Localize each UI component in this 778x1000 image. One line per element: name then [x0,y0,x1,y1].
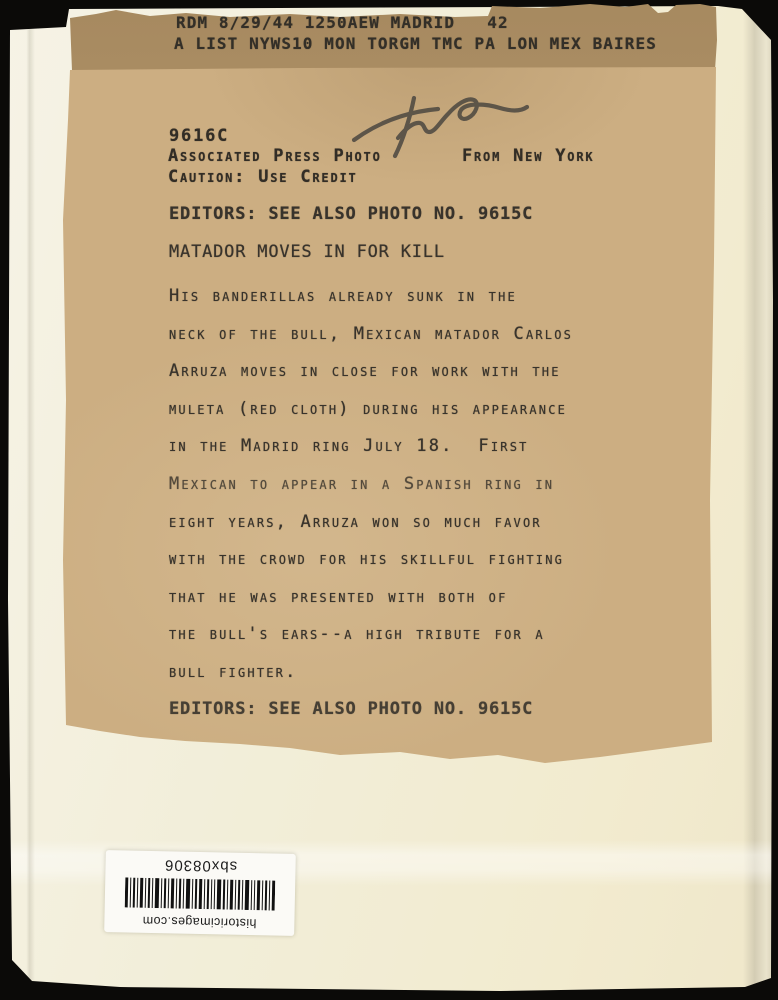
caption-body-line: eight years, Arruza won so much favor [169,512,542,532]
caption-body-line: neck of the bull, Mexican matador Carlos [169,324,573,344]
barcode-sticker: historicimages.com [104,850,296,936]
barcode-image [125,878,276,911]
caption-body-line: the bull's ears--a high tribute for a [169,624,545,644]
editors-note-top: EDITORS: SEE ALSO PHOTO NO. 9615C [169,204,533,224]
photo-number: 9616C [169,126,229,146]
scanned-press-photo-back: RDM 8/29/44 1250AEW MADRID 42 A LIST NYW… [0,0,778,1000]
teletype-line-2: A LIST NYWS10 MON TORGM TMC PA LON MEX B… [174,34,657,54]
caption-body-line: muleta (red cloth) during his appearance [169,399,567,419]
caution-line: Caution: Use Credit [168,167,358,187]
editors-note-bottom: EDITORS: SEE ALSO PHOTO NO. 9615C [169,699,533,719]
barcode-website: historicimages.com [142,914,256,930]
caption-body-line: bull fighter. [169,662,298,682]
caption-body-line: Mexican to appear in a Spanish ring in [169,474,554,494]
barcode-code: sbx08306 [164,856,237,875]
caption-body-line: with the crowd for his skillful fighting [169,549,564,569]
caption-body-line: His banderillas already sunk in the [169,286,517,306]
caption-body-line: in the Madrid ring July 18. First [169,436,529,456]
handwritten-file-note [348,86,538,164]
caption-body-line: that he was presented with both of [169,587,508,607]
caption-body-line: Arruza moves in close for work with the [169,361,561,381]
caption-title: MATADOR MOVES IN FOR KILL [169,242,445,262]
